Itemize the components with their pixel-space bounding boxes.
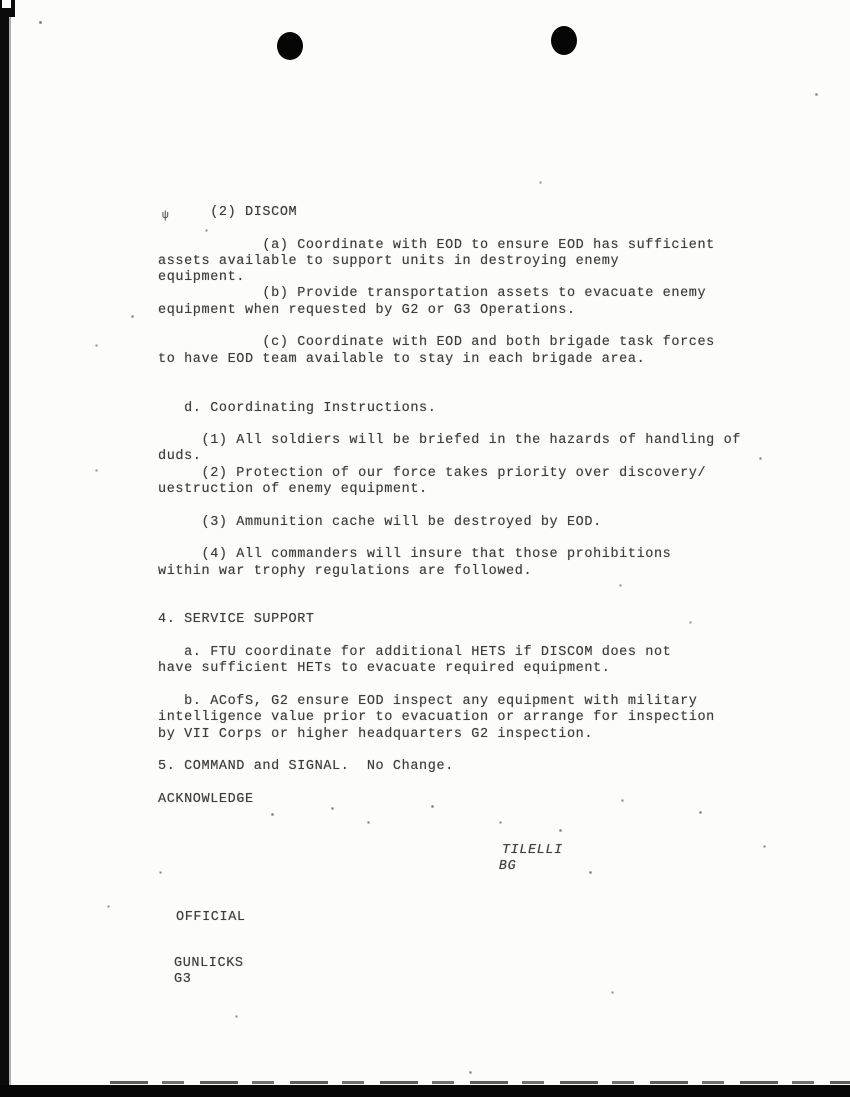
releaser-office: G3 xyxy=(174,972,191,987)
scan-noise-speckles xyxy=(0,0,1,1)
scan-edge-bottom xyxy=(0,1085,850,1097)
official-label: OFFICIAL xyxy=(176,910,246,926)
scanned-document-page: ψ (2) DISCOM (a) Coordinate with EOD to … xyxy=(0,0,850,1097)
signature-rank: BG xyxy=(497,859,517,874)
scan-edge-bottom-dashes xyxy=(110,1081,850,1084)
releaser-name: GUNLICKS xyxy=(174,956,244,971)
punch-hole-left xyxy=(277,32,303,60)
signature-name: TILELLI xyxy=(500,843,564,858)
releaser-block: GUNLICKSG3 xyxy=(174,956,244,989)
punch-hole-right xyxy=(551,26,577,55)
scan-corner-notch xyxy=(2,0,11,8)
scan-edge-left xyxy=(0,6,9,1097)
document-body-text: (2) DISCOM (a) Coordinate with EOD to en… xyxy=(158,205,741,808)
signature-block: TILELLIBG xyxy=(497,843,564,876)
